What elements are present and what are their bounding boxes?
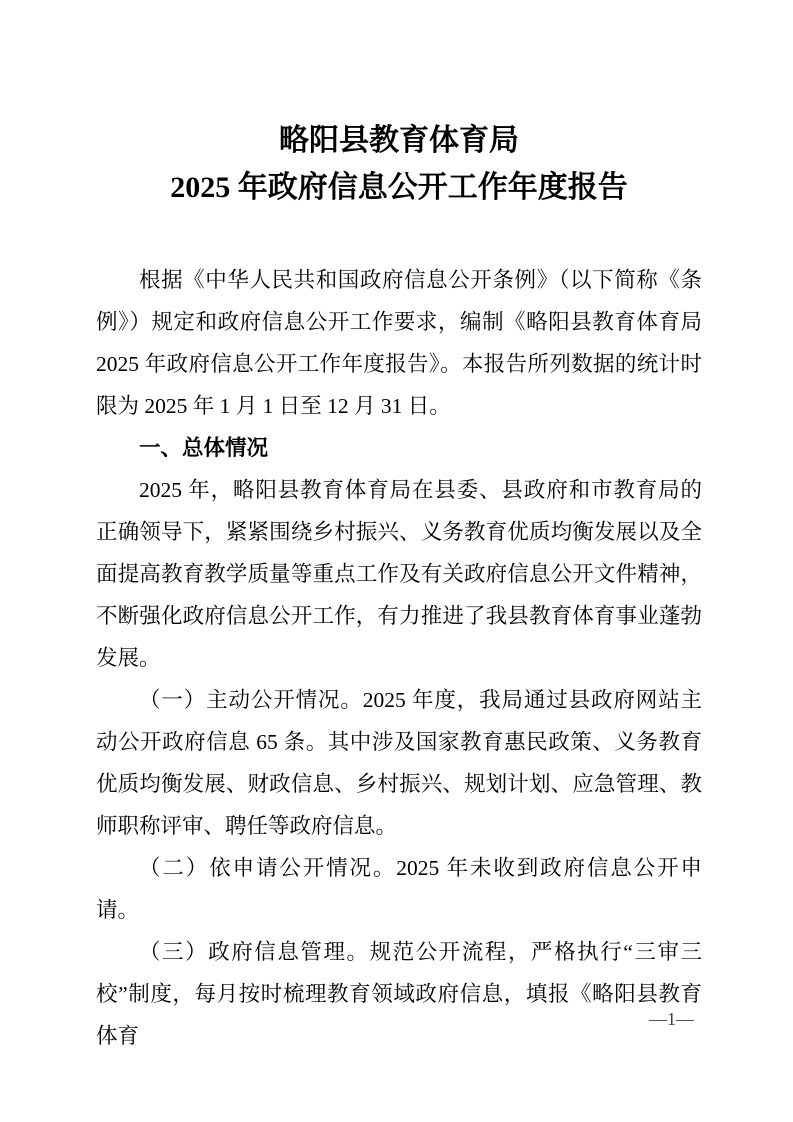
section-heading-overall-situation: 一、总体情况 (96, 427, 702, 469)
intro-paragraph: 根据《中华人民共和国政府信息公开条例》（以下简称《条例》）规定和政府信息公开工作… (96, 259, 702, 427)
section1-paragraph-information-management: （三）政府信息管理。规范公开流程，严格执行“三审三校”制度，每月按时梳理教育领域… (96, 931, 702, 1057)
document-title: 略阳县教育体育局 2025 年政府信息公开工作年度报告 (96, 117, 702, 211)
section1-paragraph-proactive-disclosure: （一）主动公开情况。2025 年度，我局通过县政府网站主动公开政府信息 65 条… (96, 679, 702, 847)
section1-paragraph-disclosure-upon-request: （二）依申请公开情况。2025 年未收到政府信息公开申请。 (96, 847, 702, 931)
page-number: —1— (649, 1006, 694, 1032)
document-title-line-1: 略阳县教育体育局 (96, 117, 702, 164)
document-page: 略阳县教育体育局 2025 年政府信息公开工作年度报告 根据《中华人民共和国政府… (0, 0, 793, 1122)
document-title-line-2: 2025 年政府信息公开工作年度报告 (96, 164, 702, 211)
document-content: 略阳县教育体育局 2025 年政府信息公开工作年度报告 根据《中华人民共和国政府… (96, 117, 702, 1057)
section1-paragraph-overview: 2025 年，略阳县教育体育局在县委、县政府和市教育局的正确领导下，紧紧围绕乡村… (96, 469, 702, 679)
